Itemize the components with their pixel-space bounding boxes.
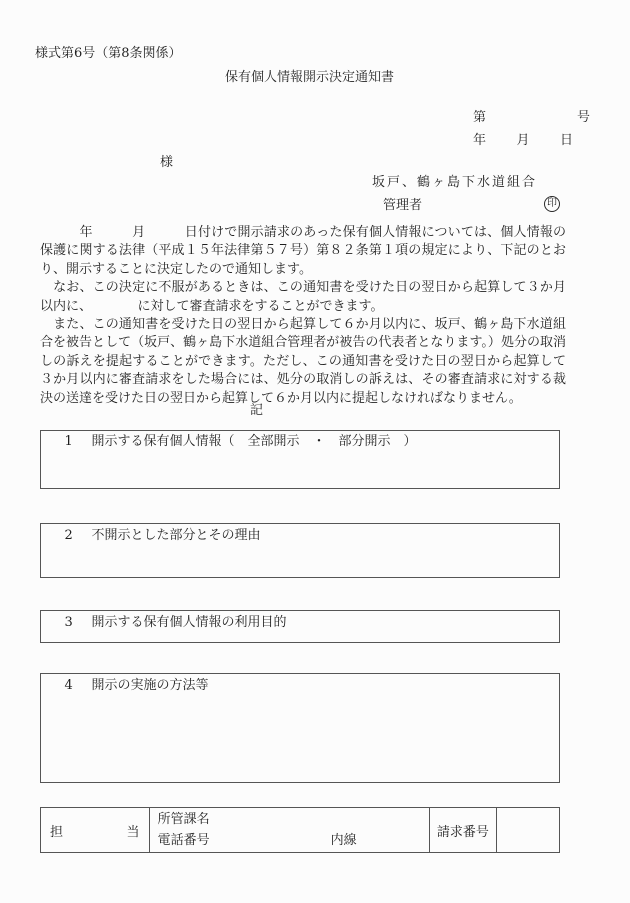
- date-day-label: 日: [560, 129, 573, 148]
- form-id: 様式第6号（第8条関係）: [35, 42, 182, 61]
- tanto-left-char: 担: [50, 821, 63, 840]
- paragraph-lawsuit: また、この通知書を受けた日の翌日から起算して６か月以内に、坂戸、鶴ヶ島下水道組合…: [40, 316, 566, 408]
- org-name: 坂戸、鶴ヶ島下水道組合: [372, 171, 537, 190]
- shokan-label: 所管課名: [158, 809, 421, 830]
- doc-number-suffix: 号: [577, 106, 590, 125]
- section-2-entry-box: [40, 523, 560, 578]
- manager-line: 管理者 印: [383, 194, 560, 213]
- tanto-cell: 担 当: [41, 808, 150, 852]
- page-title: 保有個人情報開示決定通知書: [225, 66, 394, 85]
- addressee-suffix: 様: [160, 151, 173, 170]
- denwa-label: 電話番号: [158, 833, 210, 848]
- paragraph-appeal: なお、この決定に不服があるときは、この通知書を受けた日の翌日から起算して３か月以…: [40, 279, 566, 316]
- section-3-entry-box: [40, 610, 560, 643]
- section-4-entry-box: [40, 673, 560, 783]
- date-line: 年 月 日: [473, 129, 573, 148]
- org-role-label: 管理者: [383, 194, 422, 213]
- paragraph-notice: 年 月 日付けで開示請求のあった保有個人情報については、個人情報の保護に関する法…: [40, 224, 566, 279]
- seikyu-label-cell: 請求番号: [430, 808, 498, 852]
- seikyu-value-cell: [497, 808, 559, 852]
- contact-detail-cell: 所管課名 電話番号内線: [150, 808, 430, 852]
- contact-table: 担 当 所管課名 電話番号内線 請求番号: [40, 807, 560, 853]
- body-paragraphs: 年 月 日付けで開示請求のあった保有個人情報については、個人情報の保護に関する法…: [40, 224, 566, 408]
- seikyu-label: 請求番号: [437, 821, 489, 840]
- section-1-entry-box: [40, 430, 560, 489]
- document-page: 様式第6号（第8条関係） 保有個人情報開示決定通知書 第 号 年 月 日 様 坂…: [0, 0, 630, 903]
- denwa-row: 電話番号内線: [158, 830, 421, 851]
- date-month-label: 月: [516, 129, 529, 148]
- tanto-right-char: 当: [127, 821, 140, 840]
- naisen-label: 内線: [331, 833, 357, 848]
- seal-icon: 印: [544, 196, 560, 212]
- doc-number-prefix: 第: [473, 106, 486, 125]
- date-year-label: 年: [473, 129, 486, 148]
- doc-number-line: 第 号: [473, 106, 590, 125]
